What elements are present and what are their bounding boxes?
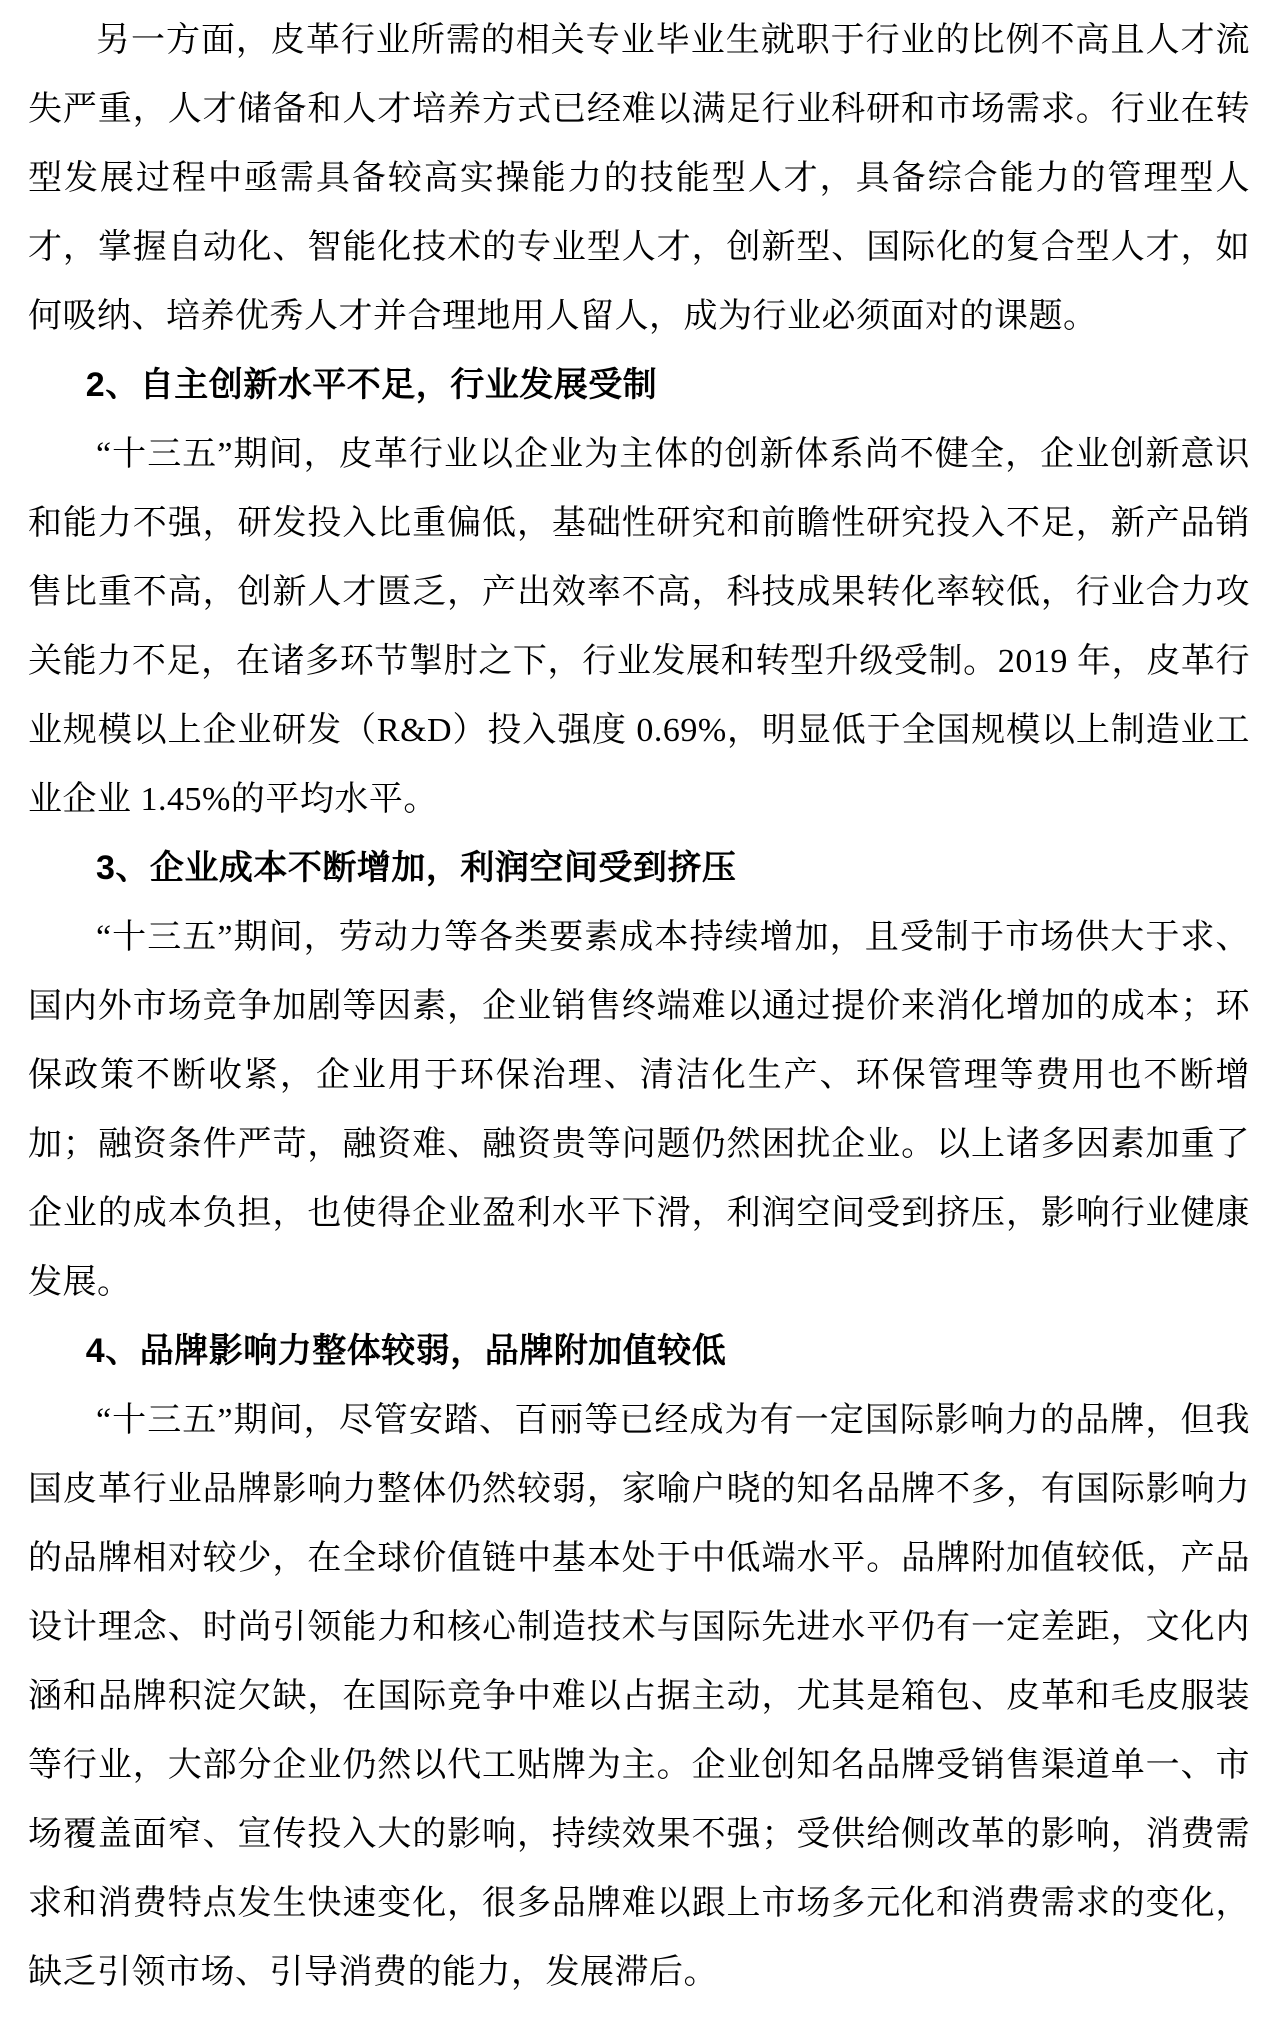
section-heading-3-costs: 3、企业成本不断增加，利润空间受到挤压 [28, 834, 1250, 903]
paragraph-innovation-weakness: “十三五”期间，皮革行业以企业为主体的创新体系尚不健全，企业创新意识和能力不强，… [28, 420, 1250, 834]
paragraph-cost-pressure: “十三五”期间，劳动力等各类要素成本持续增加，且受制于市场供大于求、国内外市场竞… [28, 903, 1250, 1317]
section-heading-4-brand: 4、品牌影响力整体较弱，品牌附加值较低 [28, 1317, 1250, 1386]
section-heading-2-innovation: 2、自主创新水平不足，行业发展受制 [28, 351, 1250, 420]
document-page: 另一方面，皮革行业所需的相关专业毕业生就职于行业的比例不高且人才流失严重，人才储… [0, 0, 1280, 2017]
paragraph-brand-weakness: “十三五”期间，尽管安踏、百丽等已经成为有一定国际影响力的品牌，但我国皮革行业品… [28, 1386, 1250, 2007]
paragraph-talent-shortage: 另一方面，皮革行业所需的相关专业毕业生就职于行业的比例不高且人才流失严重，人才储… [28, 6, 1250, 351]
